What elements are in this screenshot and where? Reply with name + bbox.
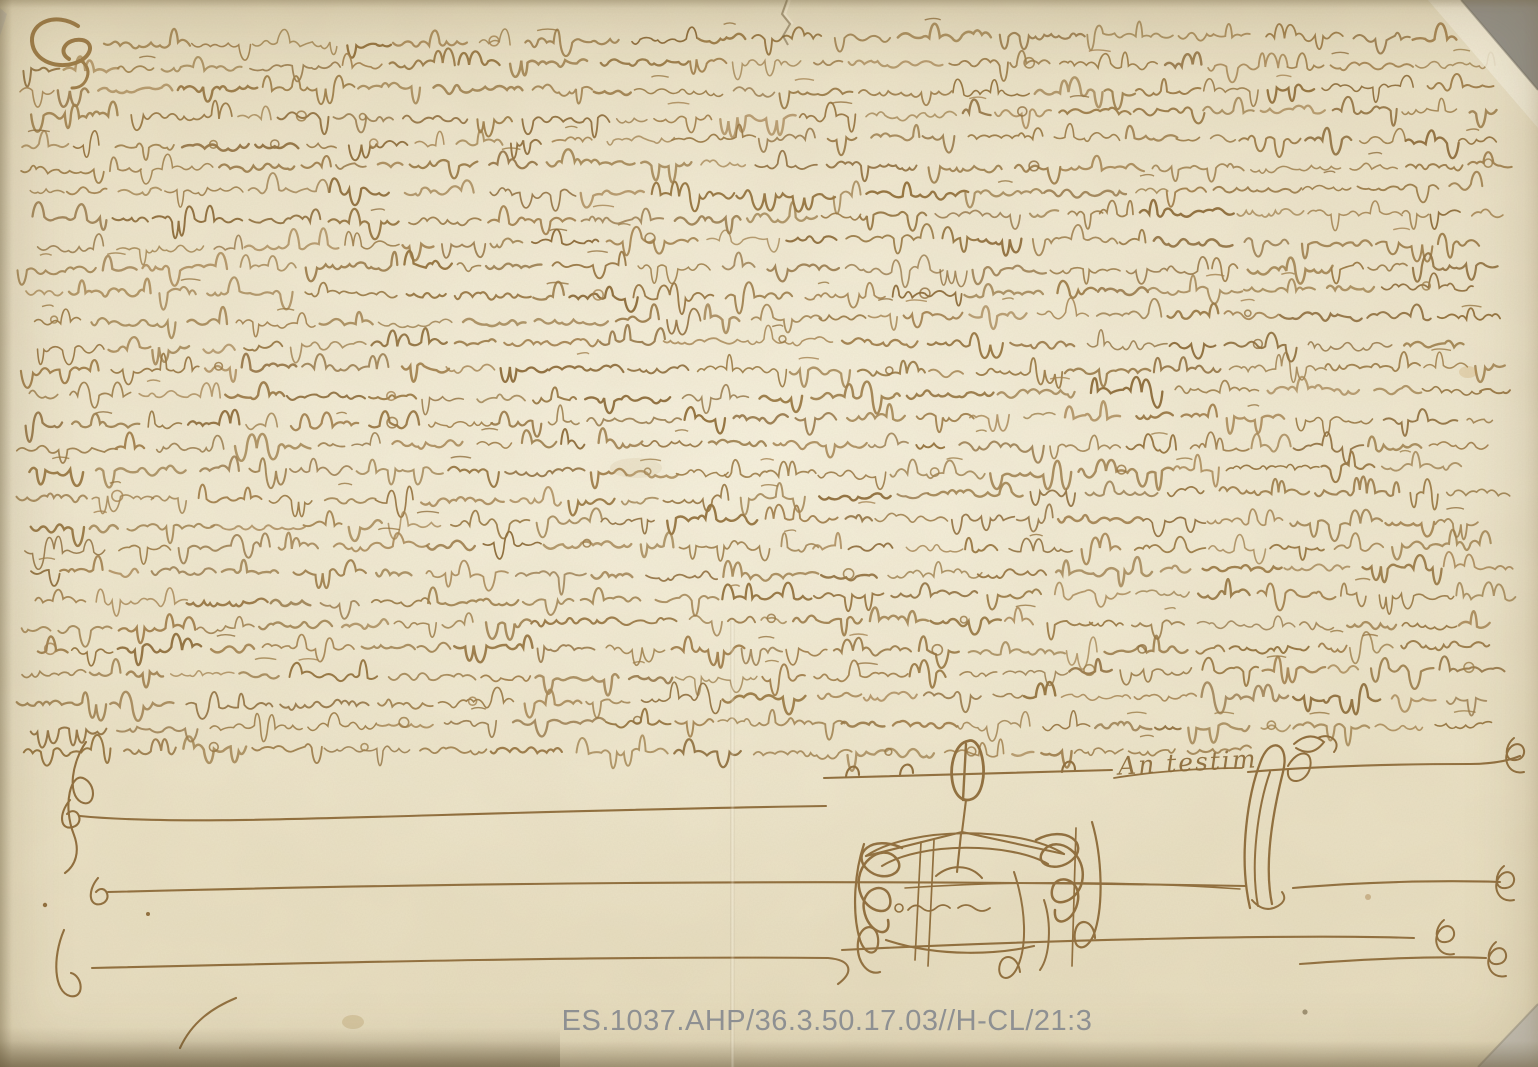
- manuscript-scan: An testim ES.1037.AHP/36.3.50.17.03//H-C…: [0, 0, 1538, 1067]
- paper-blotch-texture: [0, 0, 1538, 1067]
- archival-reference-caption: ES.1037.AHP/36.3.50.17.03//H-CL/21:3: [562, 1006, 1093, 1038]
- manuscript-artwork: [0, 0, 1538, 1067]
